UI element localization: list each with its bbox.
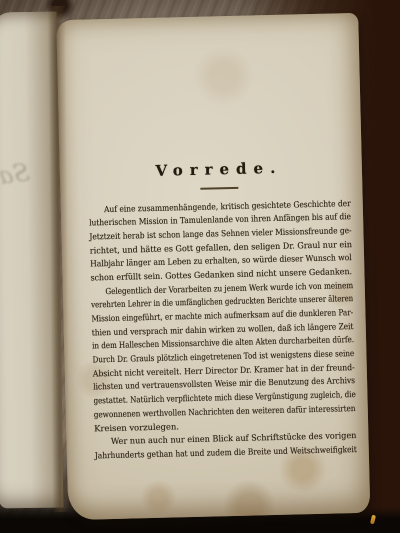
page-title: Vorrede.	[88, 157, 350, 181]
paragraph: Wer nun auch nur einen Blick auf Schrift…	[94, 429, 357, 463]
page-text-block: Vorrede. Auf eine zusammenhängende, krit…	[87, 143, 357, 463]
book-photo-scene: Sa Vorrede. Auf eine zusammenhängende, k…	[0, 0, 400, 533]
paragraph: Auf eine zusammenhängende, kritisch gesi…	[89, 197, 353, 286]
book-page: Vorrede. Auf eine zusammenhängende, krit…	[56, 13, 370, 520]
paragraph: Gelegentlich der Vorarbeiten zu jenem We…	[91, 279, 357, 436]
title-divider-rule	[200, 187, 238, 189]
showthrough-text: Sa	[0, 158, 31, 190]
